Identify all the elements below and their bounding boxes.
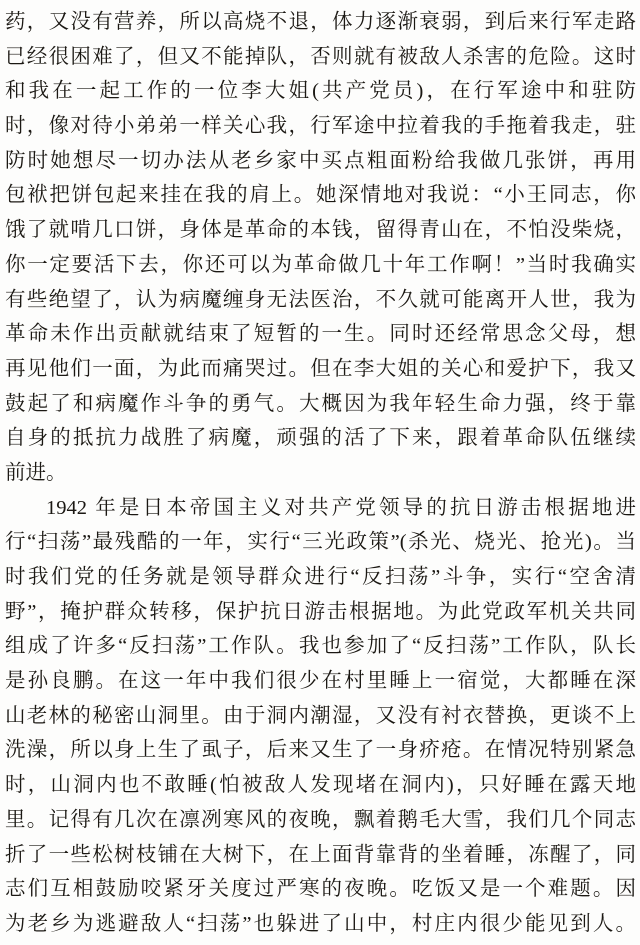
text-line: 时，像对待小弟弟一样关心我，行军途中拉着我的手拖着我走，驻 <box>5 109 636 144</box>
text-line: 为老乡为逃避敌人“扫荡”也躲进了山中，村庄内很少能见到人。 <box>5 907 636 942</box>
text-line: 防时她想尽一切办法从老乡家中买点粗面粉给我做几张饼，再用 <box>5 144 636 179</box>
text-line: 药，又没有营养，所以高烧不退，体力逐渐衰弱，到后来行军走路 <box>5 5 636 40</box>
text-line: 和我在一起工作的一位李大姐(共产党员)，在行军途中和驻防 <box>5 74 636 109</box>
text-line: 饿了就啃几口饼，身体是革命的本钱，留得青山在，不怕没柴烧， <box>5 213 636 248</box>
text-line: 野”，掩护群众转移，保护抗日游击根据地。为此党政军机关共同 <box>5 595 636 630</box>
text-line: 你一定要活下去，你还可以为革命做几十年工作啊！”当时我确实 <box>5 248 636 283</box>
text-line: 组成了许多“反扫荡”工作队。我也参加了“反扫荡”工作队，队长 <box>5 629 636 664</box>
text-line: 时，山洞内也不敢睡(怕被敌人发现堵在洞内)，只好睡在露天地 <box>5 768 636 803</box>
text-line: 有些绝望了，认为病魔缠身无法医治，不久就可能离开人世，我为 <box>5 283 636 318</box>
text-line: 包袱把饼包起来挂在我的肩上。她深情地对我说：“小王同志，你 <box>5 178 636 213</box>
text-line: 山老林的秘密山洞里。由于洞内潮湿，又没有衬衣替换，更谈不上 <box>5 699 636 734</box>
text-line: 鼓起了和病魔作斗争的勇气。大概因为我年轻生命力强，终于靠 <box>5 387 636 422</box>
text-line: 洗澡，所以身上生了虱子，后来又生了一身疥疮。在情况特别紧急 <box>5 733 636 768</box>
body-text: 药，又没有营养，所以高烧不退，体力逐渐衰弱，到后来行军走路 已经很困难了，但又不… <box>5 5 636 942</box>
text-line: 里。记得有几次在凛冽寒风的夜晚，飘着鹅毛大雪，我们几个同志 <box>5 803 636 838</box>
text-line: 行“扫荡”最残酷的一年，实行“三光政策”(杀光、烧光、抢光)。当 <box>5 525 636 560</box>
text-line-paragraph-start: 1942 年是日本帝国主义对共产党领导的抗日游击根据地进 <box>5 491 636 526</box>
text-line: 时我们党的任务就是领导群众进行“反扫荡”斗争，实行“空舍清 <box>5 560 636 595</box>
text-line: 自身的抵抗力战胜了病魔，顽强的活了下来，跟着革命队伍继续 <box>5 421 636 456</box>
text-line: 是孙良鹏。在这一年中我们很少在村里睡上一宿觉，大都睡在深 <box>5 664 636 699</box>
text-line: 再见他们一面，为此而痛哭过。但在李大姐的关心和爱护下，我又 <box>5 352 636 387</box>
text-line: 革命未作出贡献就结束了短暂的一生。同时还经常思念父母，想 <box>5 317 636 352</box>
text-line-paragraph-end: 前进。 <box>5 456 636 491</box>
text-line: 志们互相鼓励咬紧牙关度过严寒的夜晚。吃饭又是一个难题。因 <box>5 872 636 907</box>
text-line: 折了一些松树枝铺在大树下，在上面背靠背的坐着睡，冻醒了，同 <box>5 838 636 873</box>
scanned-book-page: 药，又没有营养，所以高烧不退，体力逐渐衰弱，到后来行军走路 已经很困难了，但又不… <box>0 0 640 945</box>
text-line: 已经很困难了，但又不能掉队，否则就有被敌人杀害的危险。这时 <box>5 40 636 75</box>
